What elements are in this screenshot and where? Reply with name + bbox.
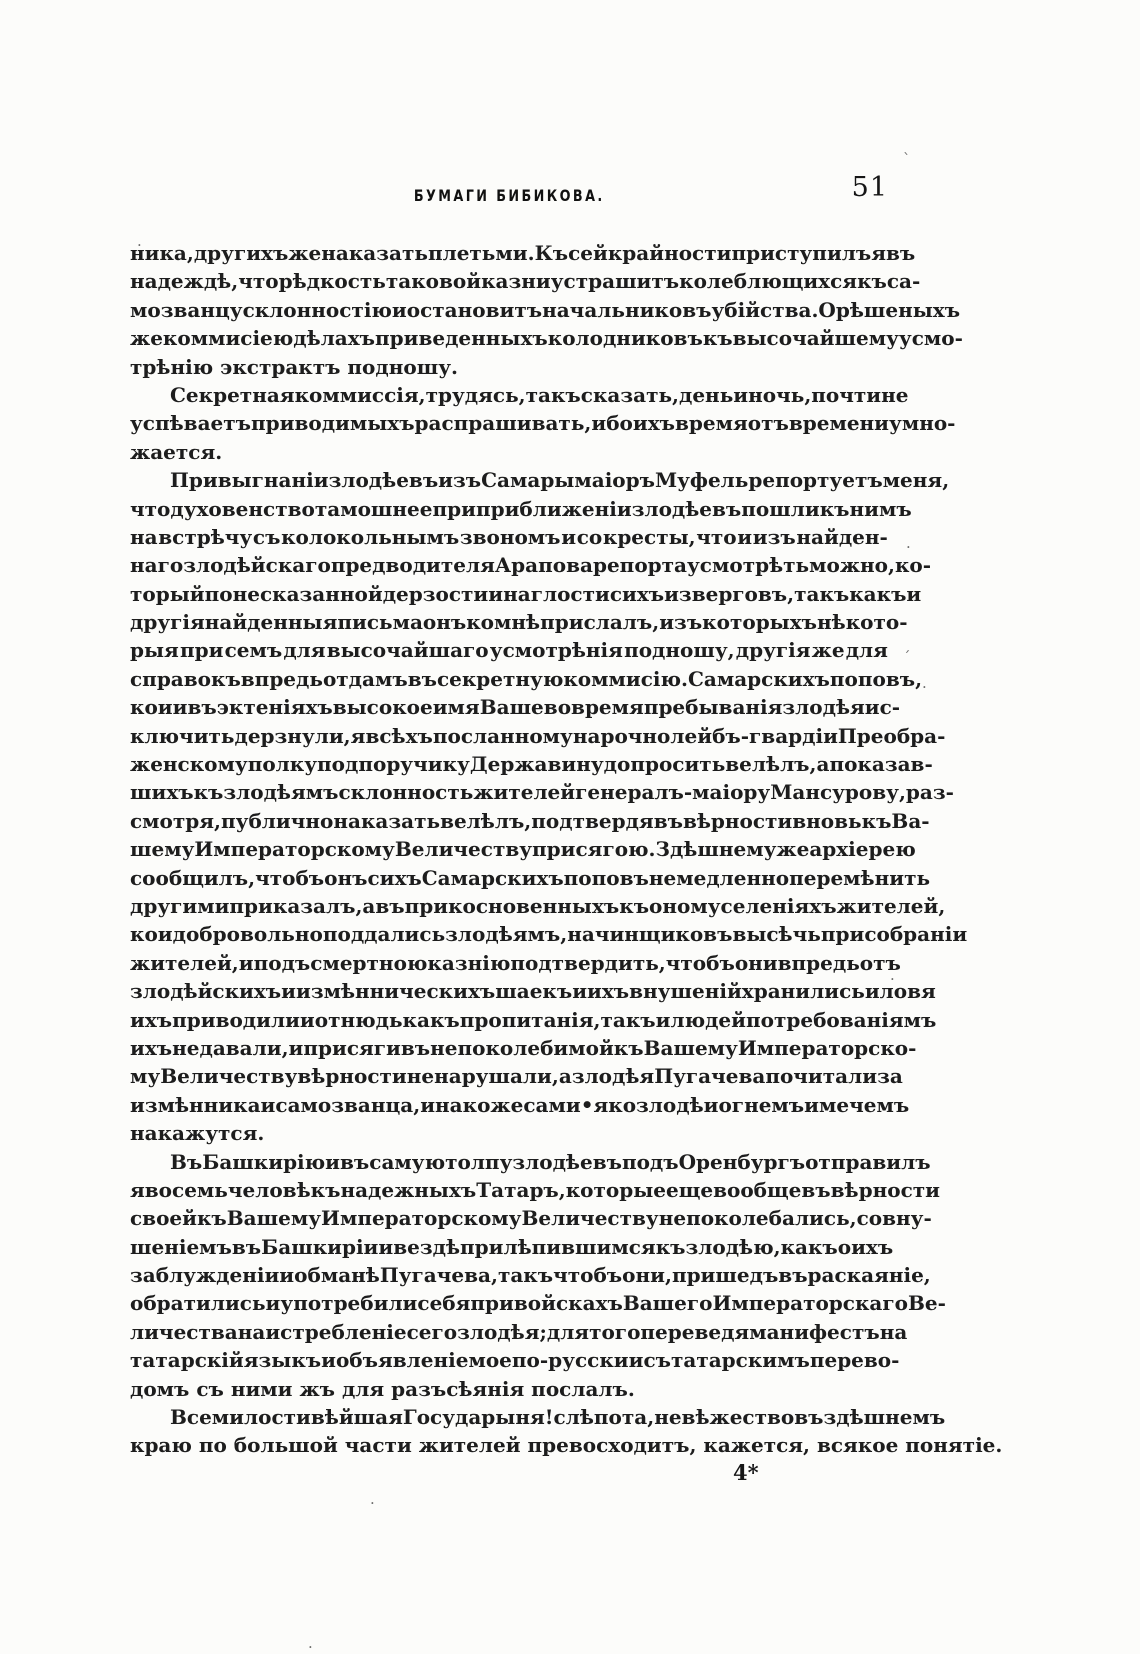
text-line: успѣваетъприводимыхъраспрашивать,ибоихъв… <box>130 409 888 437</box>
scan-speck: · <box>137 238 142 253</box>
text-line: чтодуховенствотамошнееприприближеніизлод… <box>130 495 888 523</box>
text-line: ключитьдерзнули,явсѣхъпосланномунарочнол… <box>130 722 888 750</box>
signature-mark: 4* <box>733 1460 759 1485</box>
text-line: смотря,публичнонаказатьвелѣлъ,подтвердяв… <box>130 807 888 835</box>
text-line: жается. <box>130 438 888 466</box>
text-line: Секретнаякоммиссія,трудясь,такъсказать,д… <box>130 381 888 409</box>
text-line: другимиприказалъ,авъприкосновенныхъкъоно… <box>130 892 888 920</box>
text-line: явосемьчеловѣкънадежныхъТатаръ,которыеещ… <box>130 1176 888 1204</box>
text-line: шеніемъвъБашкиріиивездѣприлѣпившимсякъзл… <box>130 1233 888 1261</box>
text-line: надеждѣ,чторѣдкостьтаковойказниустрашитъ… <box>130 267 888 295</box>
text-line: ВъБашкиріюивъсамуютолпузлодѣевъподъОренб… <box>130 1148 888 1176</box>
text-line: коидобровольноподдалисьзлодѣямъ,начинщик… <box>130 920 888 948</box>
text-line: краю по большой части жителей превосходи… <box>130 1431 888 1459</box>
book-page: БУМАГИ БИБИКОВА. 51 ника,другихъженаказа… <box>0 0 1140 1654</box>
text-line: жителей,иподъсмертноюказніюподтвердить,ч… <box>130 949 888 977</box>
text-line: нагозлодѣйскагопредводителяАраповарепорт… <box>130 551 888 579</box>
text-line: трѣнію экстрактъ подношу. <box>130 353 888 381</box>
text-line: накажутся. <box>130 1119 888 1147</box>
text-line: торыйпонесказаннойдерзостиинаглостисихъи… <box>130 580 888 608</box>
body-text: ника,другихъженаказатьплетьми.Късейкрайн… <box>130 239 888 1460</box>
running-header-title: БУМАГИ БИБИКОВА. <box>414 186 605 205</box>
scan-speck: · <box>922 680 927 695</box>
running-header: БУМАГИ БИБИКОВА. 51 <box>130 180 888 214</box>
text-line: рыяприсемъдлявысочайшагоусмотрѣніяподнош… <box>130 636 888 664</box>
running-header-title-wrap: БУМАГИ БИБИКОВА. <box>130 186 888 205</box>
text-line: справокъвпредьотдамъвъсекретнуюкоммисію.… <box>130 665 888 693</box>
scan-speck: ` <box>903 152 911 167</box>
text-line: другіянайденныяписьмаонъкомнѣприслалъ,из… <box>130 608 888 636</box>
text-line: муВеличествувѣрностиненарушали,азлодѣяПу… <box>130 1062 888 1090</box>
text-line: ПривыгнаніизлодѣевъизъСамарымаіоръМуфель… <box>130 466 888 494</box>
text-line: заблужденіииобманѣПугачева,такъчтобъони,… <box>130 1261 888 1289</box>
text-line: личестванаистребленіесегозлодѣя;длятогоп… <box>130 1318 888 1346</box>
scan-speck: · <box>890 972 895 987</box>
text-line: женскомуполкуподпоручикуДержавинудопроси… <box>130 750 888 778</box>
text-line: шемуИмператорскомуВеличествуприсягою.Здѣ… <box>130 835 888 863</box>
text-line: домъ съ ними жъ для разъсѣянія послалъ. <box>130 1375 888 1403</box>
text-line: жекоммисіеюдѣлахъприведенныхъколодниковъ… <box>130 324 888 352</box>
text-line: злодѣйскихъиизмѣнническихъшаекъиихъвнуше… <box>130 977 888 1005</box>
text-line: сообщилъ,чтобъонъсихъСамарскихъпоповънем… <box>130 864 888 892</box>
page-number: 51 <box>852 172 888 203</box>
scan-speck: · <box>370 1496 375 1511</box>
scan-speck: · <box>308 1640 313 1654</box>
text-line: коиивъэктеніяхъвысокоеимяВашевовремяпреб… <box>130 693 888 721</box>
text-line: мозванцусклонностіюиостановитъначальнико… <box>130 296 888 324</box>
text-line: ихънедавали,иприсягивънепоколебимойкъВаш… <box>130 1034 888 1062</box>
text-line: татарскійязыкъиобъявленіемоепо-русскиисъ… <box>130 1346 888 1374</box>
text-line: измѣнникаисамозванца,инакожесами•якозлод… <box>130 1091 888 1119</box>
scan-speck: ´ <box>903 650 911 665</box>
text-line: ника,другихъженаказатьплетьми.Късейкрайн… <box>130 239 888 267</box>
text-line: обратилисьиупотребилисебяпривойскахъВаше… <box>130 1289 888 1317</box>
text-line: своейкъВашемуИмператорскомуВеличествунеп… <box>130 1204 888 1232</box>
text-line: ихъприводилииотнюдькакъпропитанія,такъил… <box>130 1006 888 1034</box>
text-line: шихъкъзлодѣямъсклонностьжителейгенералъ-… <box>130 778 888 806</box>
text-line: навстрѣчусъколокольнымъзвономъисокресты,… <box>130 523 888 551</box>
text-line: ВсемилостивѣйшаяГосударыня!слѣпота,невѣж… <box>130 1403 888 1431</box>
scan-speck: · <box>906 540 911 555</box>
